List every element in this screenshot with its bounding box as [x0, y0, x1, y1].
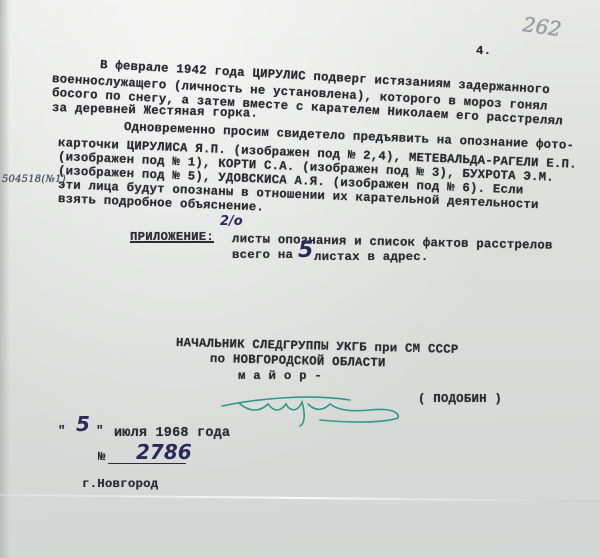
- reference-prefix: №: [98, 450, 106, 464]
- document-sheet: 262 4. В феврале 1942 года ЦИРУЛИС подве…: [0, 0, 600, 558]
- attachment-label: ПРИЛОЖЕНИЕ:: [130, 230, 214, 244]
- signatory-title-line-2: по НОВГОРОДСКОЙ ОБЛАСТИ: [210, 352, 386, 370]
- page-number: 4.: [476, 44, 491, 58]
- date-close-quote: ": [96, 424, 104, 438]
- paper-fold: [0, 494, 600, 502]
- date-open-quote: ": [58, 424, 66, 438]
- attachment-line-2-post: листах в адрес.: [314, 250, 429, 264]
- attachment-handwritten-prefix: 2/о: [220, 214, 243, 229]
- attachment-line-2-pre: всего на: [232, 248, 293, 262]
- margin-note: 504518(№1): [2, 174, 66, 185]
- reference-number-handwritten: 2786: [136, 440, 192, 464]
- sheets-count-handwritten: 5: [298, 238, 313, 263]
- archive-page-number: 262: [521, 12, 563, 41]
- city: г.Новгород: [82, 477, 158, 491]
- date-day-handwritten: 5: [76, 412, 90, 436]
- handwritten-signature-icon: [220, 382, 420, 430]
- signatory-name: ( ПОДОБИН ): [418, 392, 502, 406]
- date-rest: июля 1968 года: [114, 426, 230, 441]
- paper-edge-shadow: [0, 0, 10, 558]
- signatory-rank: м а й о р -: [238, 369, 322, 383]
